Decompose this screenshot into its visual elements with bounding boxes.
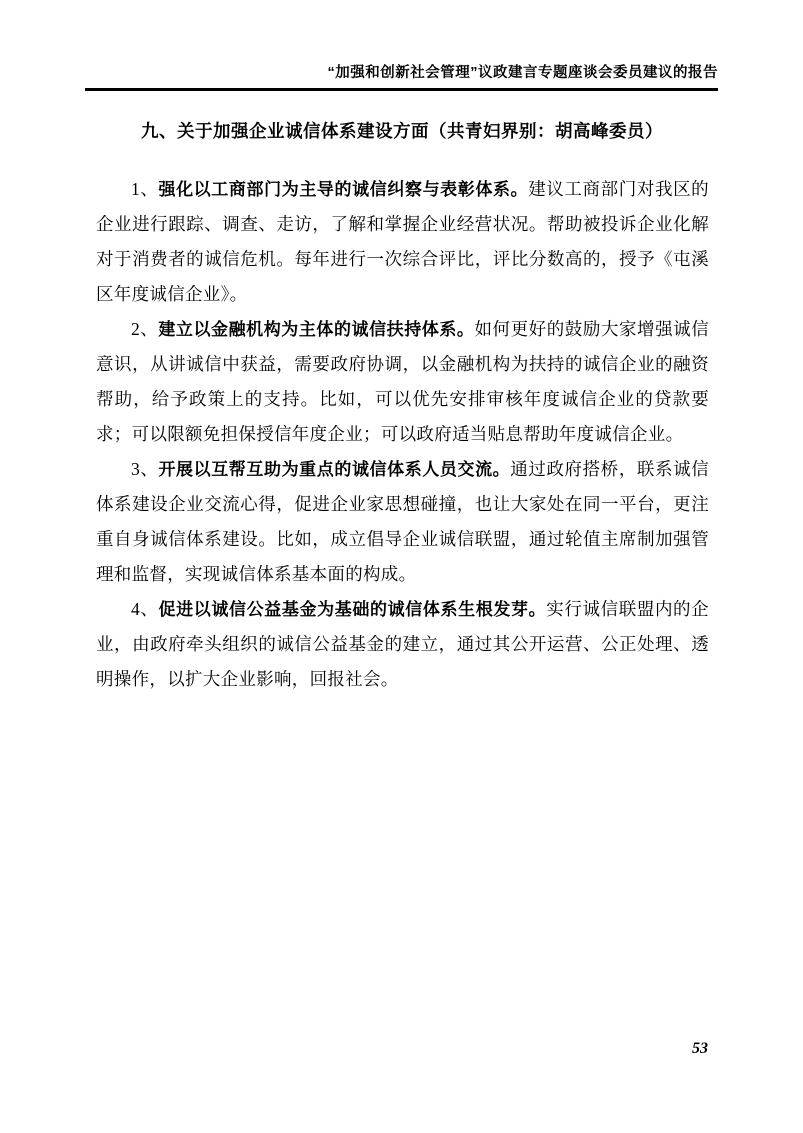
paragraph-4: 4、促进以诚信公益基金为基础的诚信体系生根发芽。实行诚信联盟内的企业，由政府牵头… [96,592,709,697]
paragraph-4-number: 4、 [131,599,159,619]
paragraph-1: 1、强化以工商部门为主导的诚信纠察与表彰体系。建议工商部门对我区的企业进行跟踪、… [96,172,709,312]
section-title: 九、关于加强企业诚信体系建设方面（共青妇界别：胡高峰委员） [96,118,708,144]
paragraph-1-number: 1、 [131,179,158,199]
paragraph-2-lead: 建立以金融机构为主体的诚信扶持体系。 [158,320,474,339]
paragraph-2-number: 2、 [131,319,158,339]
header-title: “加强和创新社会管理”议政建言专题座谈会委员建议的报告 [85,62,718,84]
page-number: 53 [692,1040,708,1058]
header-rule [85,88,718,91]
paragraph-3-number: 3、 [131,459,158,479]
paragraph-3-lead: 开展以互帮互助为重点的诚信体系人员交流。 [158,460,510,479]
document-page: “加强和创新社会管理”议政建言专题座谈会委员建议的报告 九、关于加强企业诚信体系… [0,0,803,1133]
page-header: “加强和创新社会管理”议政建言专题座谈会委员建议的报告 [85,62,718,91]
paragraph-4-lead: 促进以诚信公益基金为基础的诚信体系生根发芽。 [159,600,547,619]
paragraph-2: 2、建立以金融机构为主体的诚信扶持体系。如何更好的鼓励大家增强诚信意识，从讲诚信… [96,312,709,452]
paragraph-3: 3、开展以互帮互助为重点的诚信体系人员交流。通过政府搭桥，联系诚信体系建设企业交… [96,452,709,592]
document-body: 1、强化以工商部门为主导的诚信纠察与表彰体系。建议工商部门对我区的企业进行跟踪、… [96,172,709,697]
paragraph-1-lead: 强化以工商部门为主导的诚信纠察与表彰体系。 [158,180,528,199]
